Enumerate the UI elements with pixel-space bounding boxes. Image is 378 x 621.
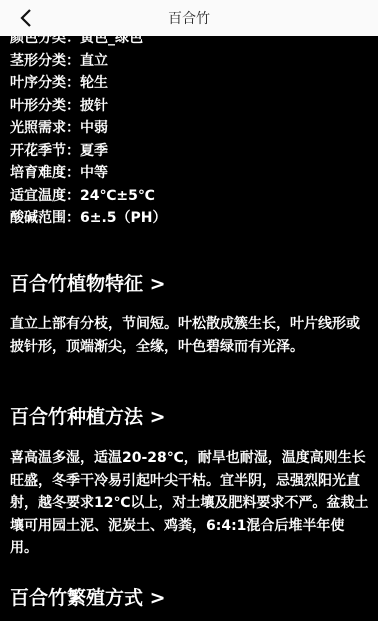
attribute-stem: 茎形分类：直立 bbox=[10, 50, 108, 73]
top-bar: 百合竹 bbox=[0, 0, 378, 36]
attribute-leaf-arrangement: 叶序分类：轮生 bbox=[10, 72, 108, 95]
attribute-temperature: 适宜温度：24℃±5℃ bbox=[10, 185, 155, 208]
attribute-bloom-season: 开花季节：夏季 bbox=[10, 140, 108, 163]
attribute-light: 光照需求：中弱 bbox=[10, 117, 108, 140]
attribute-ph: 酸碱范围：6±.5（PH） bbox=[10, 207, 167, 230]
page-title: 百合竹 bbox=[168, 8, 210, 28]
chevron-left-icon bbox=[19, 8, 33, 28]
section-title-planting[interactable]: 百合竹种植方法 > bbox=[10, 402, 166, 429]
attribute-leaf-shape: 叶形分类：披针 bbox=[10, 95, 108, 118]
attribute-difficulty: 培育难度：中等 bbox=[10, 162, 108, 185]
section-title-propagation[interactable]: 百合竹繁殖方式 > bbox=[10, 583, 166, 610]
section-title-features[interactable]: 百合竹植物特征 > bbox=[10, 269, 166, 296]
back-button[interactable] bbox=[14, 6, 38, 30]
section-body-features: 直立上部有分枝，节间短。叶松散成簇生长，叶片线形或披针形，顶端渐尖，全缘，叶色碧… bbox=[10, 313, 372, 358]
section-body-planting: 喜高温多湿，适温20-28℃，耐旱也耐湿，温度高则生长旺盛，冬季干冷易引起叶尖干… bbox=[10, 447, 372, 560]
